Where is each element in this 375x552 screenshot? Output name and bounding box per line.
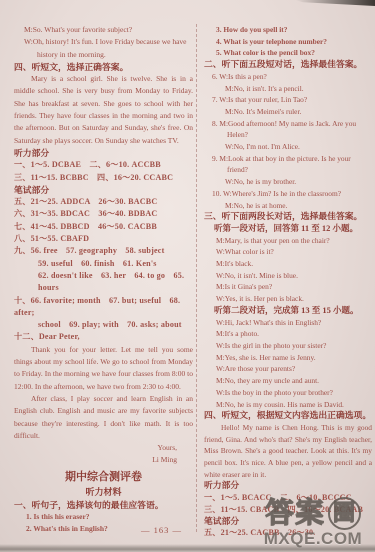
text-line: 听第一段对话，回答第 11 至 12 小题。: [214, 223, 372, 235]
text-line: Hello! My name is Chen Hong. This is my …: [204, 422, 372, 481]
text-line: school 69. play; with 70. asks; about: [38, 319, 193, 331]
text-line: M:No, he is at home.: [225, 200, 372, 212]
text-line: M:No, he is my cousin. His name is David…: [216, 399, 372, 411]
text-line: After class, I play soccer and learn Eng…: [14, 393, 193, 442]
text-line: M:No, they are my uncle and aunt.: [216, 375, 372, 387]
book-page: M:So. What's your favorite subject?W:Oh,…: [0, 0, 375, 552]
text-line: Thank you for your letter. Let me tell y…: [14, 344, 193, 393]
text-line: 6. W:Is this a pen?: [212, 71, 372, 83]
text-line: M:So. What's your favorite subject?: [24, 24, 193, 36]
text-line: 7. W:Is that your ruler, Lin Tao?: [212, 94, 372, 106]
text-line: 一、1～5. DCBAE 二、6～10. ACCBB: [14, 159, 193, 171]
text-line: W:Oh, history! It's fun. I love Friday b…: [24, 36, 193, 61]
text-line: 二、听下面五段短对话，选择最佳答案。: [204, 59, 372, 71]
text-line: W:No, it isn't. Mine is blue.: [216, 270, 372, 282]
text-line: 4. What is your telephone number?: [216, 36, 372, 48]
left-column: M:So. What's your favorite subject?W:Oh,…: [14, 24, 193, 536]
text-line: 四、听短文，选择正确答案。: [14, 61, 193, 73]
text-line: W:No, he is my brother.: [225, 176, 372, 188]
text-line: 听力材料: [14, 486, 193, 499]
watermark: 答案圈 MXQE.COM: [252, 497, 374, 547]
text-line: M:It's a photo.: [216, 328, 372, 340]
text-line: W:Yes, it is. Her pen is black.: [216, 293, 372, 305]
text-line: W:No, I'm not. I'm Alice.: [225, 141, 372, 153]
right-column: 3. How do you spell it?4. What is your t…: [204, 24, 372, 539]
text-line: 59. useful 60. finish 61. Ken's: [38, 258, 193, 270]
text-line: 5. What color is the pencil box?: [216, 47, 372, 59]
text-line: M:It's black.: [216, 258, 372, 270]
photo-edge-top: [295, 0, 375, 6]
text-line: M:Yes, she is. Her name is Jenny.: [216, 352, 372, 364]
text-line: 八、51～55. CBAFD: [14, 233, 193, 245]
text-line: W:Hi, Jack! What's this in English?: [216, 317, 372, 329]
text-line: 听第二段对话，完成第 13 至 15 小题。: [214, 305, 372, 317]
text-line: W:Is the girl in the photo your sister?: [216, 340, 372, 352]
watermark-circle-icon: 圈: [328, 497, 361, 530]
text-line: 期中综合测评卷: [14, 469, 193, 486]
text-line: 一、听句子，选择该句的最佳应答语。: [14, 499, 193, 511]
text-line: Yours,: [14, 442, 193, 454]
text-line: 听力部分: [204, 480, 372, 492]
text-line: W:Is the boy in the photo your brother?: [216, 387, 372, 399]
text-line: 九、56. free 57. geography 58. subject: [14, 245, 193, 257]
text-line: 四、听短文，根据短文内容选出正确选项。: [204, 410, 372, 422]
text-line: 三、11～15. BCBBC 四、16～20. CCABC: [14, 172, 193, 184]
photo-edge-bottom: [0, 544, 375, 552]
text-line: M:No, it isn't. It's a pencil.: [225, 83, 372, 95]
text-line: 五、21～25. ADDCA 26～30. BACBC: [14, 196, 193, 208]
text-line: 62. doesn't like 63. her 64. to go 65. h…: [38, 270, 193, 295]
watermark-brand-text: 答案: [265, 497, 325, 528]
watermark-brand: 答案圈: [252, 497, 374, 530]
text-line: W:What color is it?: [216, 246, 372, 258]
text-line: W:Are those your parents?: [216, 363, 372, 375]
text-line: Mary is a school girl. She is twelve. Sh…: [14, 73, 193, 147]
text-line: 3. How do you spell it?: [216, 24, 372, 36]
text-line: M:No. It's Meimei's ruler.: [225, 106, 372, 118]
text-line: M:Is it Gina's pen?: [216, 281, 372, 293]
page-number: — 163 —: [141, 525, 182, 535]
column-divider: [196, 24, 197, 532]
text-line: M:Mary, is that your pen on the chair?: [216, 235, 372, 247]
text-line: 七、41～45. DBBCD 46～50. CACBB: [14, 221, 193, 233]
text-line: 听力部分: [14, 147, 193, 159]
text-line: 十二、Dear Peter,: [14, 331, 193, 343]
text-line: 十、66. favorite; month 67. but; useful 68…: [14, 295, 193, 320]
text-line: 1. Is this his eraser?: [26, 511, 193, 523]
text-line: 六、31～35. BDCAC 36～40. BDBAC: [14, 208, 193, 220]
text-line: 三、听下面两段长对话，选择最佳答案。: [204, 211, 372, 223]
text-line: Li Ming: [14, 454, 193, 466]
text-line: 9. M:Look at that boy in the picture. Is…: [212, 153, 372, 176]
text-line: 10. W:Where's Jim? Is he in the classroo…: [212, 188, 372, 200]
text-line: 8. M:Good afternoon! My name is Jack. Ar…: [212, 118, 372, 141]
text-line: 笔试部分: [14, 184, 193, 196]
